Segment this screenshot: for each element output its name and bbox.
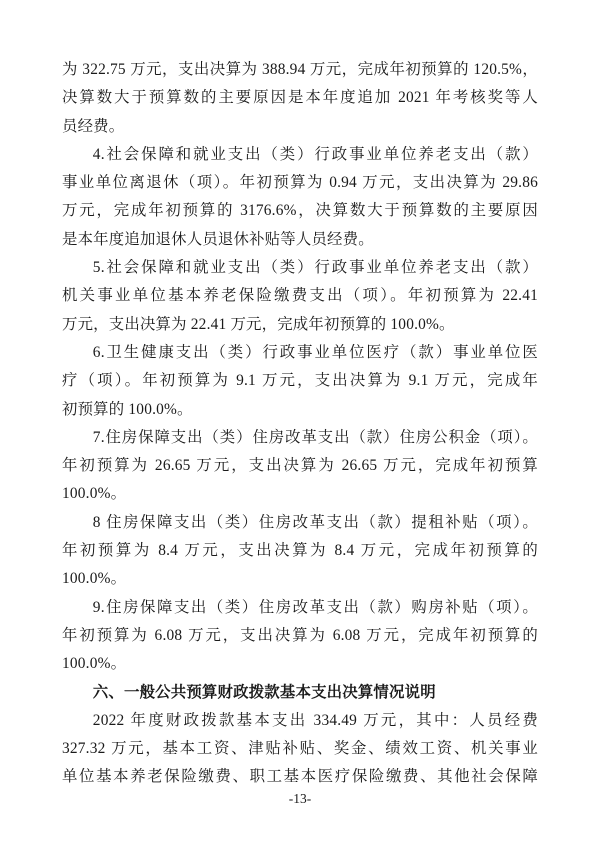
- text-line: 单位基本养老保险缴费、职工基本医疗保险缴费、其他社会保障: [62, 763, 538, 791]
- paragraph: 2022 年度财政拨款基本支出 334.49 万元，其中：人员经费327.32 …: [62, 707, 538, 792]
- text-line: 是本年度追加退休人员退休补贴等人员经费。: [62, 226, 538, 254]
- paragraph: 5.社会保障和就业支出（类）行政事业单位养老支出（款）机关事业单位基本养老保险缴…: [62, 254, 538, 339]
- text-line: 万元，支出决算为 22.41 万元，完成年初预算的 100.0%。: [62, 311, 538, 339]
- page-number: -13-: [0, 789, 600, 809]
- text-line: 为 322.75 万元，支出决算为 388.94 万元，完成年初预算的 120.…: [62, 56, 538, 84]
- text-line: 2022 年度财政拨款基本支出 334.49 万元，其中：人员经费: [62, 707, 538, 735]
- text-line: 100.0%。: [62, 565, 538, 593]
- text-line: 决算数大于预算数的主要原因是本年度追加 2021 年考核奖等人: [62, 84, 538, 112]
- text-line: 100.0%。: [62, 480, 538, 508]
- paragraph: 7.住房保障支出（类）住房改革支出（款）住房公积金（项）。年初预算为 26.65…: [62, 424, 538, 509]
- document-body: 为 322.75 万元，支出决算为 388.94 万元，完成年初预算的 120.…: [62, 56, 538, 792]
- text-line: 年初预算为 26.65 万元，支出决算为 26.65 万元，完成年初预算: [62, 452, 538, 480]
- text-line: 5.社会保障和就业支出（类）行政事业单位养老支出（款）: [62, 254, 538, 282]
- text-line: 327.32 万元，基本工资、津贴补贴、奖金、绩效工资、机关事业: [62, 735, 538, 763]
- paragraph: 8 住房保障支出（类）住房改革支出（款）提租补贴（项）。年初预算为 8.4 万元…: [62, 509, 538, 594]
- text-line: 6.卫生健康支出（类）行政事业单位医疗（款）事业单位医: [62, 339, 538, 367]
- paragraph: 9.住房保障支出（类）住房改革支出（款）购房补贴（项）。年初预算为 6.08 万…: [62, 594, 538, 679]
- document-page: 为 322.75 万元，支出决算为 388.94 万元，完成年初预算的 120.…: [0, 0, 600, 848]
- text-line: 疗（项）。年初预算为 9.1 万元，支出决算为 9.1 万元，完成年: [62, 367, 538, 395]
- paragraph: 4.社会保障和就业支出（类）行政事业单位养老支出（款）事业单位离退休（项）。年初…: [62, 141, 538, 254]
- text-line: 年初预算为 6.08 万元，支出决算为 6.08 万元，完成年初预算的: [62, 622, 538, 650]
- section-heading: 六、一般公共预算财政拨款基本支出决算情况说明: [62, 679, 538, 707]
- text-line: 机关事业单位基本养老保险缴费支出（项）。年初预算为 22.41: [62, 282, 538, 310]
- text-line: 年初预算为 8.4 万元，支出决算为 8.4 万元，完成年初预算的: [62, 537, 538, 565]
- text-line: 8 住房保障支出（类）住房改革支出（款）提租补贴（项）。: [62, 509, 538, 537]
- text-line: 100.0%。: [62, 650, 538, 678]
- text-line: 4.社会保障和就业支出（类）行政事业单位养老支出（款）: [62, 141, 538, 169]
- text-line: 9.住房保障支出（类）住房改革支出（款）购房补贴（项）。: [62, 594, 538, 622]
- text-line: 六、一般公共预算财政拨款基本支出决算情况说明: [62, 679, 538, 707]
- text-line: 7.住房保障支出（类）住房改革支出（款）住房公积金（项）。: [62, 424, 538, 452]
- text-line: 初预算的 100.0%。: [62, 396, 538, 424]
- paragraph: 6.卫生健康支出（类）行政事业单位医疗（款）事业单位医疗（项）。年初预算为 9.…: [62, 339, 538, 424]
- paragraph: 为 322.75 万元，支出决算为 388.94 万元，完成年初预算的 120.…: [62, 56, 538, 141]
- text-line: 万元，完成年初预算的 3176.6%，决算数大于预算数的主要原因: [62, 197, 538, 225]
- text-line: 事业单位离退休（项）。年初预算为 0.94 万元，支出决算为 29.86: [62, 169, 538, 197]
- text-line: 员经费。: [62, 113, 538, 141]
